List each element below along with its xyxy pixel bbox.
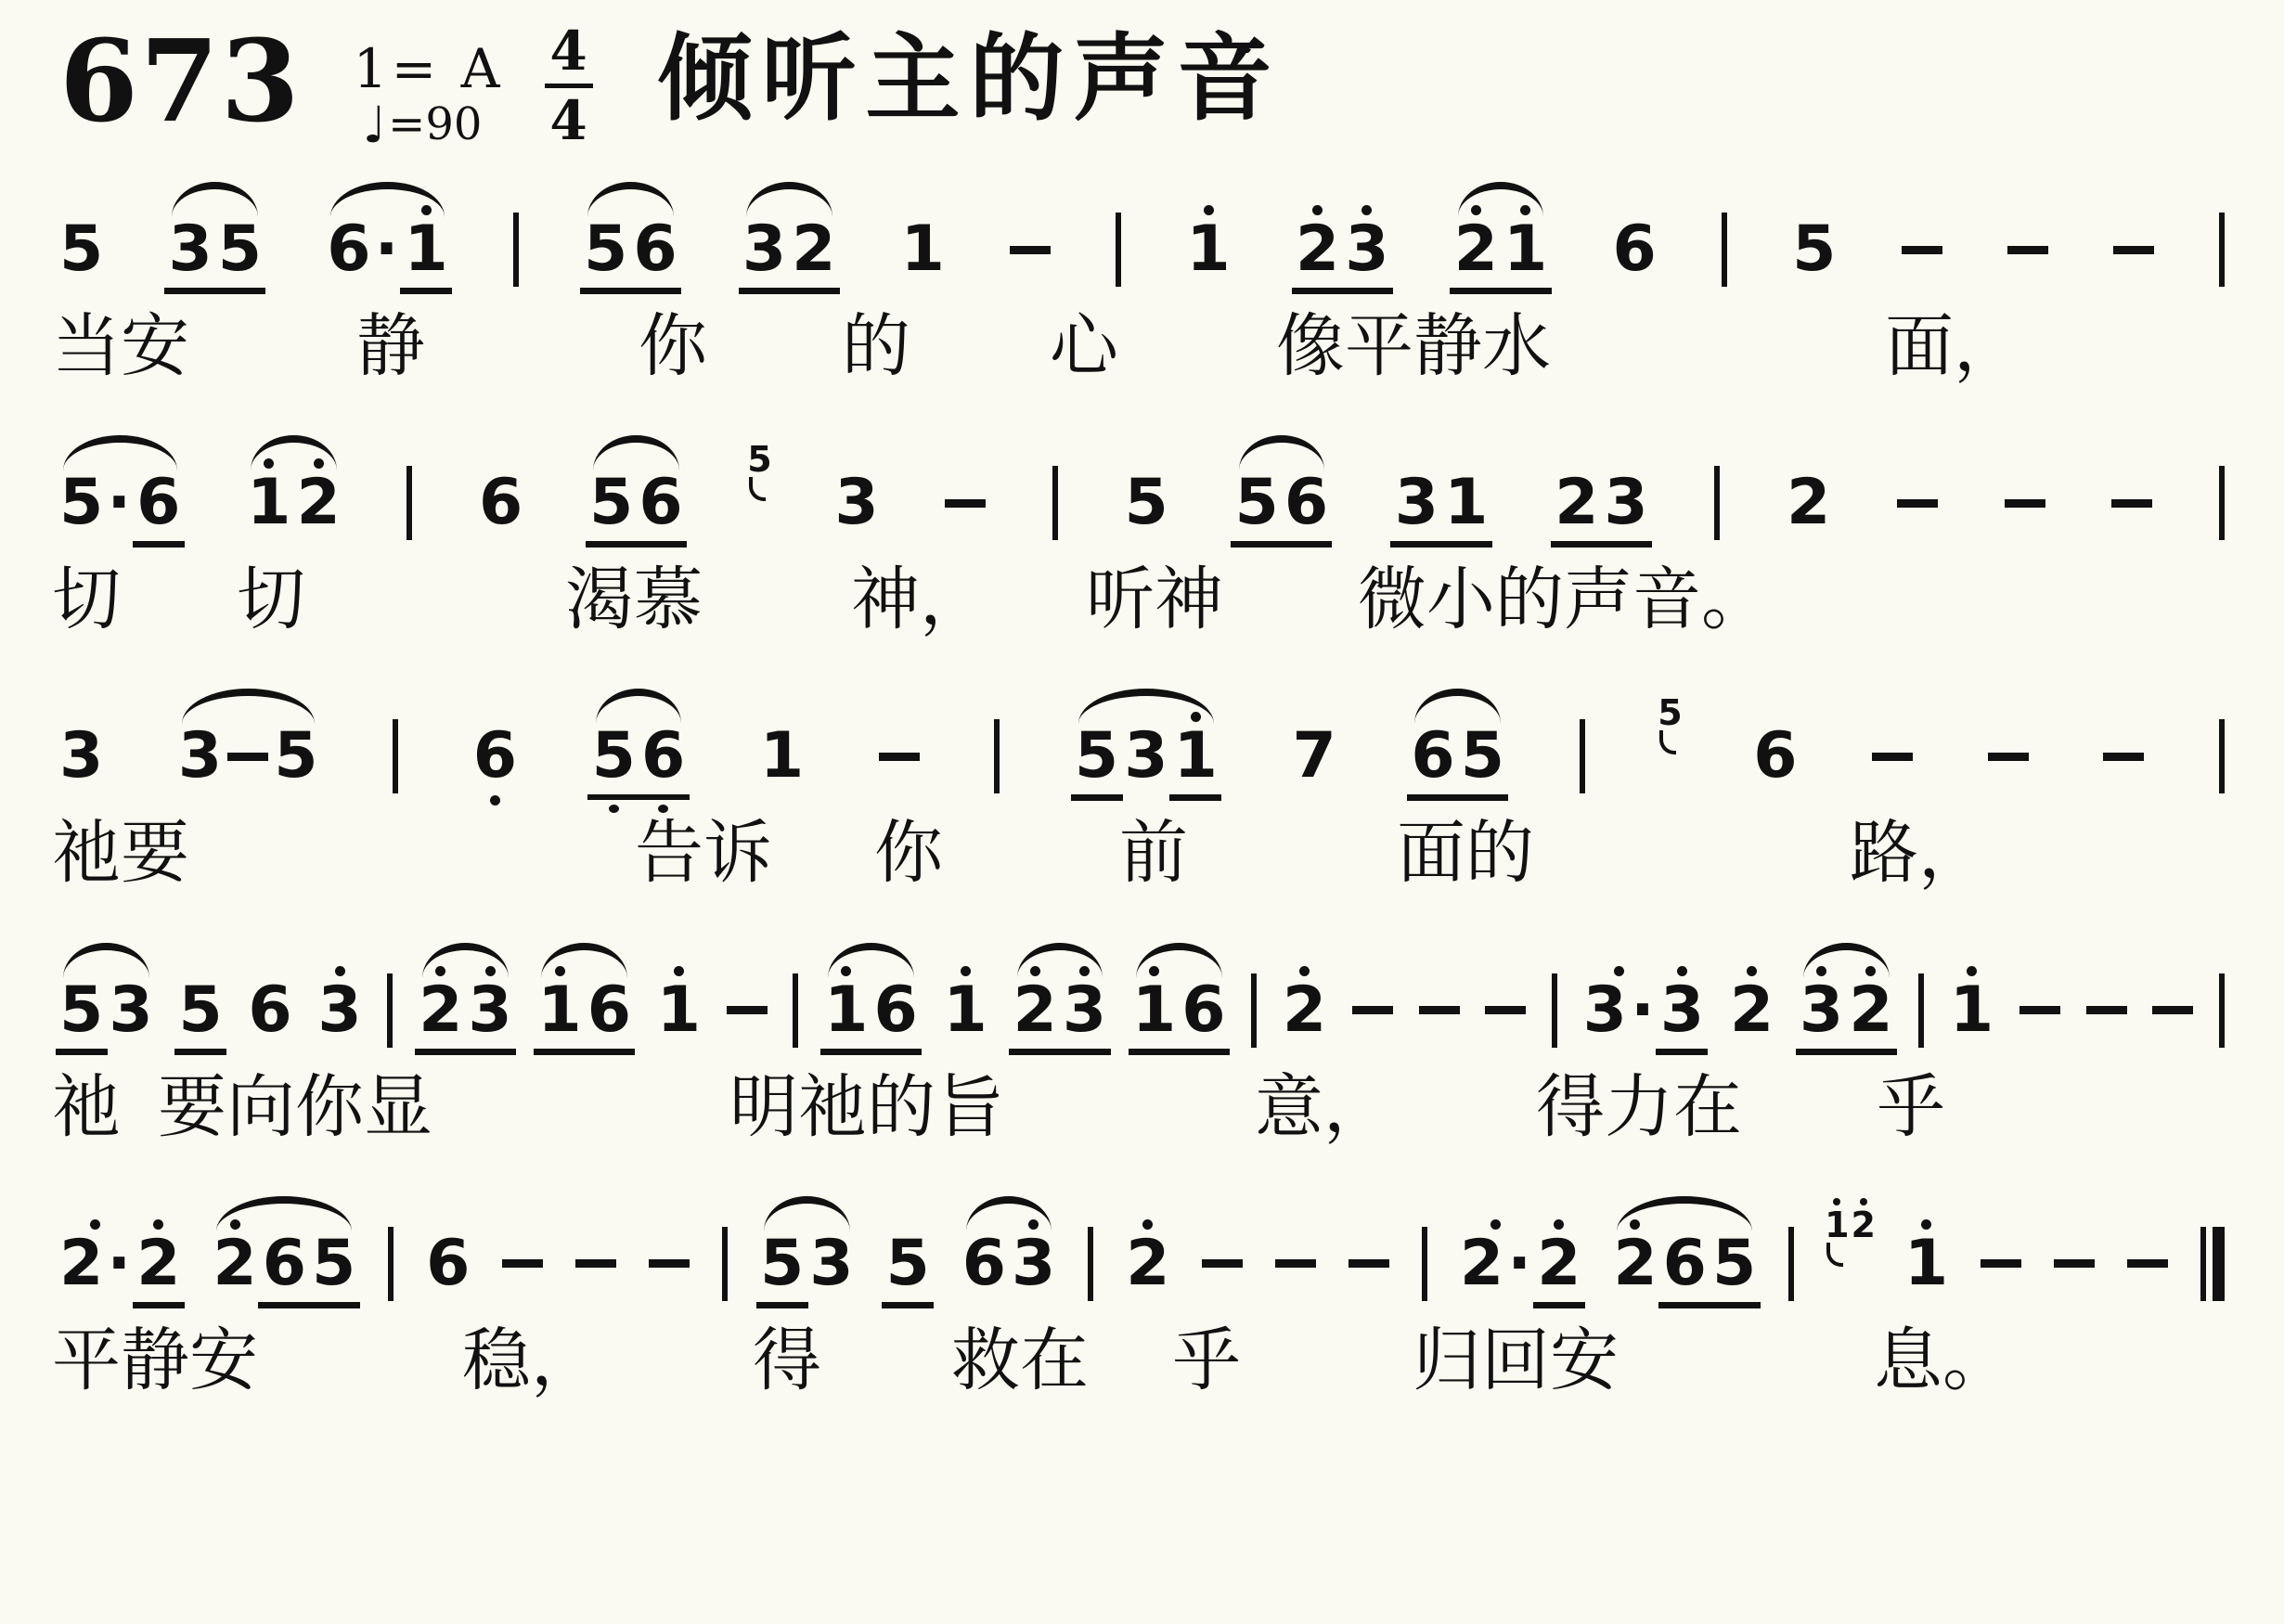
slur-group: 53 bbox=[59, 954, 153, 1067]
note-digit: 5 bbox=[312, 1232, 355, 1295]
digit-row: 1 bbox=[901, 215, 945, 284]
note-token: 3 bbox=[1660, 954, 1704, 1067]
digit-row: 2 bbox=[1537, 1230, 1581, 1298]
header: 673 1= A ♩ =90 4 4 倾听主的声音 bbox=[0, 24, 2284, 152]
note-token: 7 bbox=[1292, 700, 1336, 813]
eighth-underline bbox=[580, 288, 632, 294]
dash-mark bbox=[1202, 1259, 1243, 1268]
dash-extension bbox=[2007, 193, 2048, 306]
eighth-underline bbox=[1533, 1302, 1585, 1308]
octave-dot-slot-top bbox=[230, 1207, 240, 1230]
digit-row bbox=[2219, 215, 2225, 284]
note-token: 2 bbox=[1537, 1207, 1581, 1321]
digit-row bbox=[1788, 1230, 1794, 1298]
dash-extension bbox=[1202, 1207, 1243, 1321]
digit-row bbox=[2127, 1230, 2168, 1298]
digit-row bbox=[1352, 976, 1393, 1045]
note-token: 1 bbox=[760, 700, 804, 813]
eighth-underline bbox=[870, 1049, 922, 1055]
final-barline-thin bbox=[2200, 1227, 2206, 1301]
dash-mark bbox=[227, 753, 268, 761]
digit-row: 5 bbox=[885, 1230, 929, 1298]
digit-row bbox=[2103, 722, 2144, 791]
digit-row: 6 bbox=[1411, 722, 1454, 791]
note-token: 1 bbox=[1174, 700, 1218, 813]
octave-dot-slot-top bbox=[1816, 954, 1826, 976]
octave-dot-slot-bottom bbox=[1663, 1298, 1706, 1321]
note-token: 6 bbox=[587, 954, 631, 1067]
note-digit: 6 bbox=[426, 1232, 470, 1295]
system: 5356323161161231623·32321祂要向你显明祂的旨意，得力在乎 bbox=[52, 926, 2232, 1148]
barline bbox=[1552, 954, 1557, 1067]
note-digit: 2 bbox=[1849, 979, 1892, 1042]
note-digit: 5 bbox=[274, 725, 317, 788]
digit-row: 2 bbox=[213, 1230, 256, 1298]
note-digit: 2 bbox=[1730, 979, 1774, 1042]
lyric-word: 你 bbox=[639, 308, 707, 387]
digit-row: 5 bbox=[312, 1230, 355, 1298]
octave-dot-slot-bottom bbox=[60, 1045, 103, 1067]
digit-row: 6 bbox=[479, 469, 523, 537]
octave-dot-slot-bottom bbox=[1235, 537, 1278, 560]
eighth-underline bbox=[638, 794, 690, 800]
octave-dot-slot-bottom bbox=[1454, 284, 1497, 306]
note-token: 2 bbox=[1296, 193, 1339, 306]
note-token: 5 bbox=[178, 954, 222, 1067]
octave-dot-above bbox=[1149, 966, 1159, 976]
barline bbox=[388, 1207, 394, 1321]
lyric-word: 意， bbox=[1255, 1069, 1392, 1148]
lyric-word: 面， bbox=[1885, 308, 2022, 387]
digit-row: 2 bbox=[1454, 215, 1498, 284]
eighth-underline bbox=[400, 288, 452, 294]
lyric-word: 听神 bbox=[1086, 561, 1223, 640]
eighth-underline bbox=[756, 1302, 808, 1308]
slur-group: 53 bbox=[760, 1207, 854, 1321]
note-digit: 1 bbox=[1503, 218, 1547, 281]
note-digit: 7 bbox=[1292, 725, 1336, 788]
note-token: 2 bbox=[1126, 1207, 1169, 1321]
digit-row bbox=[727, 976, 768, 1045]
barline-stroke bbox=[393, 719, 398, 793]
digit-row: 6 bbox=[426, 1230, 470, 1298]
barline-stroke bbox=[1552, 973, 1557, 1048]
note-token: 5 bbox=[1792, 193, 1836, 306]
digit-row bbox=[2111, 469, 2152, 537]
system: 5·6126565355631232切切渴慕神，听神微小的声音。 bbox=[52, 419, 2232, 640]
digit-row bbox=[1116, 215, 1121, 284]
barline-stroke bbox=[1714, 466, 1720, 540]
note-digit: 1 bbox=[537, 979, 581, 1042]
note-token: 1 bbox=[1132, 954, 1176, 1067]
note-digit: 2 bbox=[59, 1232, 103, 1295]
barline-stroke bbox=[406, 466, 412, 540]
digit-row bbox=[2219, 722, 2225, 791]
octave-dot-slot-bottom bbox=[1605, 537, 1647, 560]
eighth-underline bbox=[1551, 541, 1603, 548]
digit-row bbox=[1722, 215, 1727, 284]
time-signature-denominator: 4 bbox=[549, 94, 587, 148]
barline bbox=[513, 193, 519, 306]
digit-row: 1 bbox=[404, 215, 447, 284]
octave-dot-slot-bottom bbox=[761, 1298, 804, 1321]
lyrics-line: 切切渴慕神，听神微小的声音。 bbox=[52, 561, 2232, 640]
note-token: 2 bbox=[1283, 954, 1326, 1067]
octave-dot-slot-top bbox=[1149, 954, 1159, 976]
note-digit: 3 bbox=[317, 979, 361, 1042]
octave-dot-slot-bottom bbox=[419, 1045, 462, 1067]
note-token: 1 bbox=[901, 193, 945, 306]
digit-row: 2 bbox=[792, 215, 835, 284]
note-digit: 6 bbox=[1181, 979, 1225, 1042]
octave-dot-slot-top bbox=[435, 954, 445, 976]
octave-dot-slot-bottom bbox=[1133, 1045, 1176, 1067]
note-digit: 2 bbox=[1013, 979, 1057, 1042]
dash-extension bbox=[502, 1207, 543, 1321]
barline bbox=[1580, 700, 1585, 813]
note-digit: 3 bbox=[1800, 979, 1843, 1042]
eighth-underline bbox=[586, 541, 638, 548]
digit-row: 1 bbox=[1174, 722, 1218, 791]
digit-row bbox=[388, 1230, 394, 1298]
note-token: 5 bbox=[1235, 446, 1279, 560]
note-token: 5 bbox=[1125, 446, 1168, 560]
eighth-underline bbox=[1390, 541, 1442, 548]
note-token: 2 bbox=[213, 1207, 256, 1321]
octave-dot-slot-bottom bbox=[1182, 1045, 1225, 1067]
note-token: 2 bbox=[419, 954, 462, 1067]
octave-dot-slot-top bbox=[1630, 1207, 1640, 1230]
octave-dot-slot-bottom bbox=[218, 284, 261, 306]
octave-dot-above bbox=[1865, 966, 1876, 976]
beam-group: 31 bbox=[1395, 446, 1489, 560]
note-digit: 5 bbox=[178, 979, 222, 1042]
digit-row: 6 bbox=[1181, 976, 1225, 1045]
digit-row: 5 bbox=[218, 215, 262, 284]
barline-stroke bbox=[1116, 213, 1121, 287]
barline bbox=[722, 1207, 728, 1321]
augmentation-dot: · bbox=[107, 471, 131, 535]
eighth-underline bbox=[1456, 794, 1508, 801]
note-digit: 6 bbox=[1411, 725, 1454, 788]
note-token: 3 bbox=[1395, 446, 1439, 560]
octave-dot-slot-bottom bbox=[886, 1298, 929, 1321]
note-token: 1 bbox=[944, 954, 987, 1067]
octave-dot-slot-top bbox=[314, 446, 324, 469]
dash-extension bbox=[2005, 446, 2045, 560]
lyric-word: 平静安 bbox=[52, 1322, 258, 1401]
note-digit: 5 bbox=[1235, 471, 1279, 535]
octave-dot-slot-bottom bbox=[1504, 284, 1547, 306]
note-digit: 5 bbox=[1075, 725, 1118, 788]
system: 2·226565356322·2265121平静安稳，得救在乎归回安息。 bbox=[52, 1179, 2232, 1401]
digit-row: 3 bbox=[1124, 722, 1168, 791]
octave-dot-slot-bottom bbox=[1555, 537, 1598, 560]
digit-row: 6 bbox=[263, 1230, 306, 1298]
octave-dot-slot-bottom bbox=[1660, 1045, 1703, 1067]
octave-dot-above bbox=[1471, 205, 1481, 215]
barline bbox=[1788, 1207, 1794, 1321]
digit-row: 5 bbox=[592, 722, 636, 791]
note-digit: 5 bbox=[59, 218, 103, 281]
digit-row: 2 bbox=[136, 1230, 180, 1298]
octave-dot-slot-bottom bbox=[1297, 284, 1339, 306]
note-token: 2 bbox=[1454, 193, 1498, 306]
dash-mark bbox=[2019, 1006, 2060, 1014]
note-digit: 3 bbox=[1660, 979, 1704, 1042]
digit-row: 2· bbox=[1460, 1230, 1531, 1298]
digit-row bbox=[387, 976, 393, 1045]
digit-row: 5 bbox=[584, 215, 627, 284]
octave-dot-above bbox=[1630, 1219, 1640, 1230]
note-digit: 6 bbox=[473, 725, 517, 788]
key-tempo-block: 1= A ♩ =90 bbox=[354, 41, 504, 152]
note-digit: 3 bbox=[109, 979, 152, 1042]
grace-note: 1 bbox=[1825, 1198, 1849, 1243]
eighth-underline bbox=[739, 288, 791, 294]
note-digit: 5 bbox=[1125, 471, 1168, 535]
digit-row bbox=[649, 1230, 690, 1298]
barline bbox=[393, 700, 398, 813]
note-digit: 5 bbox=[59, 471, 103, 535]
digit-row: 2 bbox=[1849, 976, 1892, 1045]
grace-note: 5 bbox=[1658, 695, 1682, 730]
slur-group: 16 bbox=[537, 954, 631, 1067]
slur-group: 16 bbox=[824, 954, 918, 1067]
note-digit: 6 bbox=[639, 471, 682, 535]
dash-extension bbox=[1352, 954, 1393, 1067]
octave-dot-slot-bottom bbox=[169, 284, 212, 306]
note-token: 2· bbox=[59, 1207, 131, 1321]
octave-dot-slot-top bbox=[841, 954, 851, 976]
slur-group: 23 bbox=[419, 954, 512, 1067]
dash-extension bbox=[1897, 446, 1938, 560]
digit-row: 5· bbox=[59, 469, 131, 537]
beam-group: 23 bbox=[1555, 446, 1648, 560]
note-token: 6 bbox=[962, 1207, 1006, 1321]
slur-group: 56 bbox=[589, 446, 683, 560]
barline-stroke bbox=[722, 1227, 728, 1301]
lyric-word: 静 bbox=[356, 308, 425, 387]
note-token: 2 bbox=[1730, 954, 1774, 1067]
note-digit: 2 bbox=[1454, 218, 1498, 281]
digit-row: 2 bbox=[1013, 976, 1057, 1045]
note-digit: 1 bbox=[1174, 725, 1218, 788]
digit-row: 2 bbox=[1613, 1230, 1657, 1298]
eighth-underline bbox=[882, 1302, 934, 1308]
digit-row: 5 bbox=[178, 976, 222, 1045]
digit-row: 5 bbox=[760, 1230, 804, 1298]
eighth-underline bbox=[1500, 288, 1552, 294]
digit-row: 3· bbox=[1583, 976, 1655, 1045]
dash-mark bbox=[1988, 753, 2029, 761]
dash-extension bbox=[2127, 1207, 2168, 1321]
final-barline-thick bbox=[2213, 1227, 2225, 1301]
lyric-word: 乎 bbox=[1172, 1322, 1241, 1401]
octave-dot-above bbox=[555, 966, 565, 976]
octave-dot-slot-top bbox=[1028, 1207, 1039, 1230]
lyric-word: 渴慕 bbox=[565, 561, 703, 640]
dash-extension bbox=[2113, 193, 2154, 306]
barline-stroke bbox=[387, 973, 393, 1048]
note-digit: 3 bbox=[1345, 218, 1388, 281]
grace-tie-hook bbox=[749, 477, 766, 501]
octave-dot-slot-bottom bbox=[313, 1298, 355, 1321]
note-token: 3 bbox=[834, 446, 878, 560]
note-digit: 6 bbox=[633, 218, 677, 281]
eighth-underline bbox=[1600, 541, 1652, 548]
octave-dot-slot-bottom bbox=[1346, 284, 1388, 306]
note-digit: 3 bbox=[1604, 471, 1647, 535]
eighth-underline bbox=[1129, 1049, 1181, 1055]
digit-row bbox=[1275, 1230, 1316, 1298]
note-digit: 3 bbox=[468, 979, 511, 1042]
note-digit: 6 bbox=[479, 471, 523, 535]
octave-dot-above bbox=[264, 458, 274, 469]
note-token: 6 bbox=[1663, 1207, 1707, 1321]
dash-extension bbox=[1010, 193, 1051, 306]
system: 335656153176556祂要告诉你前面的路， bbox=[52, 672, 2232, 894]
note-token: 1 bbox=[1950, 954, 1994, 1067]
note-digit: 6 bbox=[873, 979, 917, 1042]
barline bbox=[2219, 193, 2225, 306]
barline bbox=[1918, 954, 1924, 1067]
digit-row: 5 bbox=[1235, 469, 1279, 537]
note-token: 5 bbox=[274, 700, 317, 813]
digit-row: 6 bbox=[1753, 722, 1797, 791]
eighth-underline bbox=[820, 1049, 872, 1055]
note-digit: 2 bbox=[1283, 979, 1326, 1042]
slur-group: 531 bbox=[1075, 700, 1218, 813]
digit-row: 2 bbox=[1555, 469, 1598, 537]
dash-mark bbox=[649, 1259, 690, 1268]
digit-row: 7 bbox=[1292, 722, 1336, 791]
note-digit: 2 bbox=[136, 1232, 180, 1295]
octave-dot-above bbox=[1191, 712, 1201, 722]
note-token: 5 bbox=[1075, 700, 1118, 813]
slur-group: 32 bbox=[742, 193, 836, 306]
octave-dot-slot-top bbox=[1191, 700, 1201, 722]
note-token: 3· bbox=[1583, 954, 1655, 1067]
note-digit: 3 bbox=[834, 471, 878, 535]
barline-stroke bbox=[1722, 213, 1727, 287]
note-token: 6 bbox=[1181, 954, 1225, 1067]
digit-row: 3 bbox=[809, 1230, 853, 1298]
digit-row: 2 bbox=[419, 976, 462, 1045]
note-digit: 5 bbox=[59, 979, 103, 1042]
dash-extension bbox=[1988, 700, 2029, 813]
digit-row: 6 bbox=[473, 722, 517, 791]
note-token: 1 bbox=[537, 954, 581, 1067]
dash-mark bbox=[1352, 1006, 1393, 1014]
digit-row bbox=[2019, 976, 2060, 1045]
octave-dot-slot-bottom bbox=[490, 791, 500, 813]
eighth-underline bbox=[534, 1049, 586, 1055]
lyric-word: 息。 bbox=[1874, 1322, 2011, 1401]
lyric-word: 神， bbox=[851, 561, 988, 640]
dash-mark bbox=[1419, 1006, 1460, 1014]
octave-dot-above bbox=[314, 458, 324, 469]
note-token: 6 bbox=[633, 193, 677, 306]
lyrics-line: 祂要向你显明祂的旨意，得力在乎 bbox=[52, 1069, 2232, 1148]
dash-extension bbox=[2103, 700, 2144, 813]
note-digit: 3 bbox=[742, 218, 786, 281]
note-token: 1 bbox=[1186, 193, 1230, 306]
barline-stroke bbox=[1788, 1227, 1794, 1301]
lyric-word: 祂要 bbox=[52, 815, 189, 894]
eighth-underline bbox=[1009, 1049, 1061, 1055]
octave-dot-slot-bottom bbox=[634, 284, 677, 306]
note-digit: 2 bbox=[1296, 218, 1339, 281]
note-digit: 3 bbox=[809, 1232, 853, 1295]
barline bbox=[793, 954, 798, 1067]
octave-dot-below bbox=[609, 805, 619, 813]
lyric-word: 心 bbox=[1050, 308, 1118, 387]
note-token: 5 bbox=[312, 1207, 355, 1321]
octave-dot-slot-bottom bbox=[1395, 537, 1438, 560]
note-digit: 2 bbox=[1126, 1232, 1169, 1295]
barline-stroke bbox=[1088, 1227, 1093, 1301]
digit-row bbox=[2219, 469, 2225, 537]
lyric-word: 要向你显 bbox=[158, 1069, 432, 1148]
note-digit: 1 bbox=[1950, 979, 1994, 1042]
octave-dot-slot-bottom bbox=[405, 284, 447, 306]
note-digit: 6 bbox=[248, 979, 291, 1042]
eighth-underline bbox=[1341, 288, 1393, 294]
time-signature-divider bbox=[545, 84, 593, 88]
eighth-underline bbox=[1796, 1049, 1848, 1055]
octave-dot-above bbox=[1079, 966, 1090, 976]
digit-row: 6 bbox=[1612, 215, 1656, 284]
note-token: 2 bbox=[792, 193, 835, 306]
digit-row: 1 bbox=[1444, 469, 1488, 537]
digit-row: 6 bbox=[248, 976, 291, 1045]
note-token: 5 bbox=[584, 193, 627, 306]
note-digit: 1 bbox=[1444, 471, 1488, 535]
augmentation-dot: · bbox=[107, 1232, 131, 1295]
quarter-note-icon: ♩ bbox=[363, 97, 386, 152]
octave-dot-slot-bottom bbox=[1461, 791, 1503, 813]
digit-row: 6 bbox=[873, 976, 917, 1045]
octave-dot-slot-bottom bbox=[1174, 791, 1217, 813]
slur-group: 32 bbox=[1800, 954, 1893, 1067]
octave-dot-above bbox=[1028, 1219, 1039, 1230]
eighth-underline bbox=[1059, 1049, 1111, 1055]
digit-row: 2· bbox=[59, 1230, 131, 1298]
score-body: 5356·1563211232165当安静你的心像平静水面，5·61265653… bbox=[0, 165, 2284, 1400]
grace-digit-row: 5 bbox=[1658, 695, 1682, 730]
note-token: 3 bbox=[742, 193, 786, 306]
digit-row bbox=[2054, 1230, 2095, 1298]
dash-extension bbox=[2019, 954, 2060, 1067]
note-token: 5· bbox=[59, 446, 131, 560]
beam-group: 23 bbox=[1296, 193, 1389, 306]
dash-extension bbox=[2054, 1207, 2095, 1321]
slur-group: 23 bbox=[1013, 954, 1107, 1067]
octave-dot-slot-bottom bbox=[874, 1045, 917, 1067]
dash-extension bbox=[945, 446, 986, 560]
digit-row bbox=[945, 469, 986, 537]
beam-group: 2·2 bbox=[59, 1207, 181, 1321]
note-digit: 3 bbox=[178, 725, 222, 788]
note-token: 2· bbox=[1460, 1207, 1531, 1321]
eighth-underline bbox=[174, 1049, 226, 1055]
octave-dot-slot-bottom bbox=[793, 284, 835, 306]
octave-dot-slot-bottom bbox=[1412, 791, 1454, 813]
grace-digit-row: 12 bbox=[1825, 1198, 1876, 1243]
octave-dot-slot-bottom bbox=[1076, 791, 1118, 813]
octave-dot-slot-bottom bbox=[137, 537, 180, 560]
